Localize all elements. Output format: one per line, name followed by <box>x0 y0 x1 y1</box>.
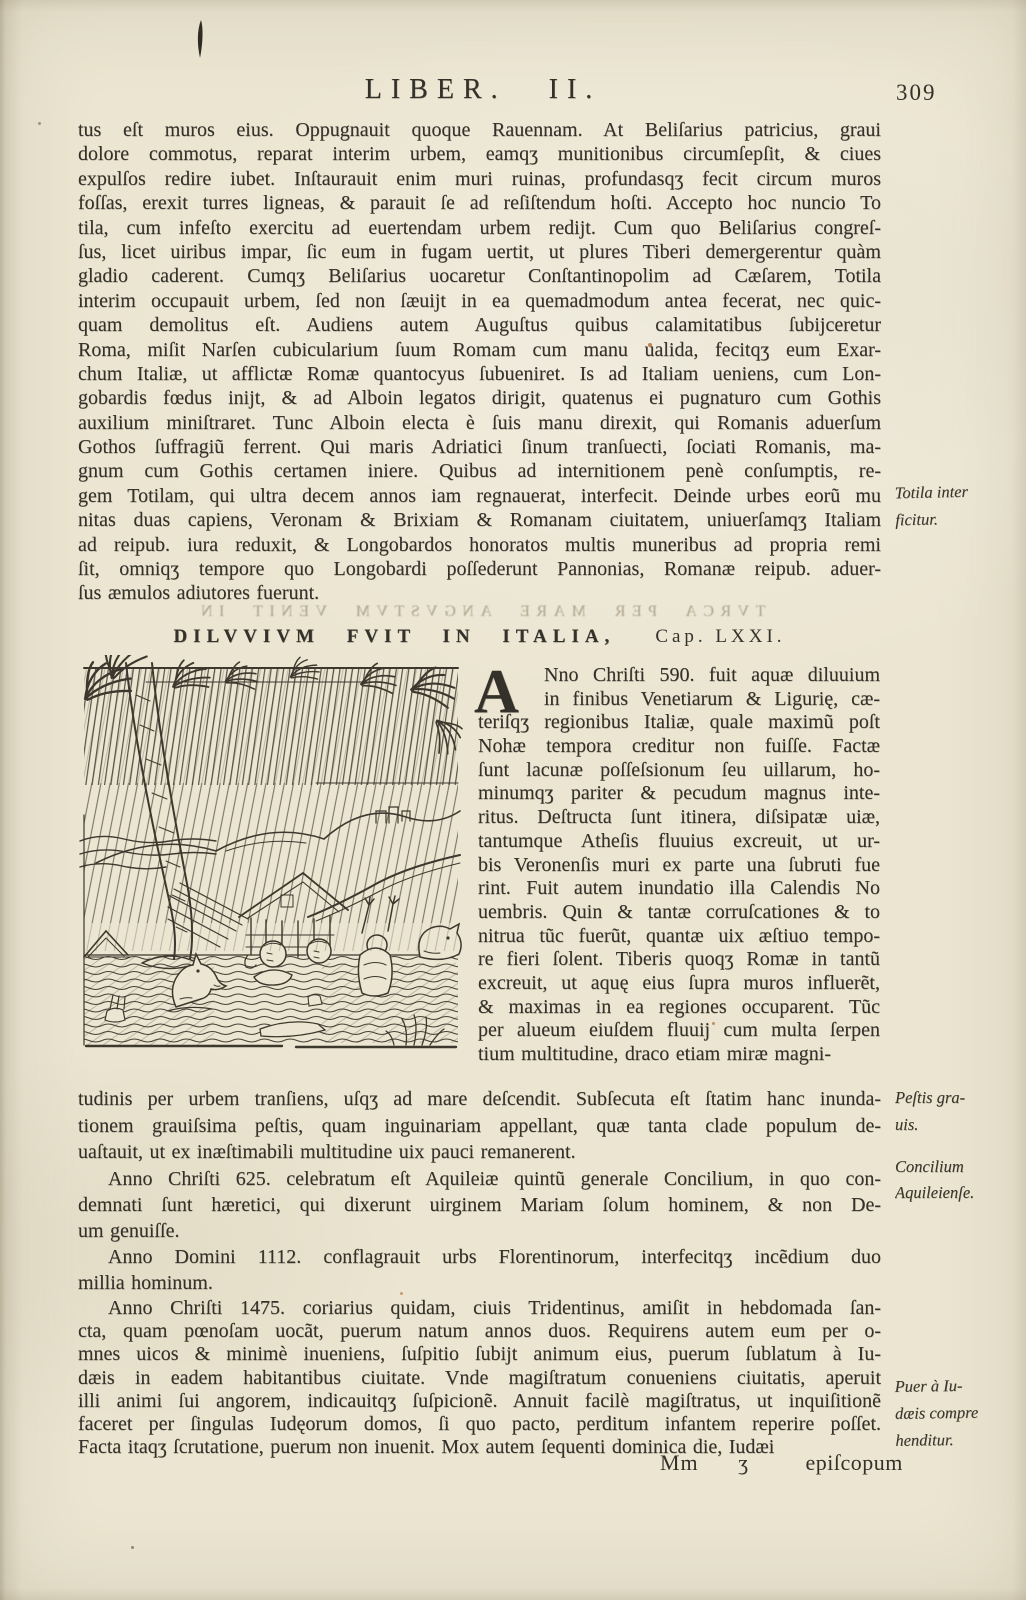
text-line: uaſtauit, ut ex inæſtimabili multitudine… <box>78 1139 881 1166</box>
text-line: Anno Domini 1112. conflagrauit urbs Flor… <box>78 1244 881 1270</box>
text-line: gladio caderent. Cumqʒ Beliſarius uocare… <box>78 264 881 288</box>
text-line: nitrua tũc fuerũt, quantæ uix æſtiuo tem… <box>478 925 880 949</box>
page-number: 309 <box>896 80 937 106</box>
text-line: ſit, omniqʒ tempore quo Longobardi poſſe… <box>78 557 881 581</box>
text-line: interim occupauit urbem, ſed non ſæuijt … <box>78 289 881 313</box>
chapter-heading: DILVVIVM FVIT IN ITALIA,Cap. LXXI. <box>78 626 881 648</box>
text-line: gem Totilam, qui ultra decem annos iam r… <box>78 484 881 508</box>
text-line: Anno Chriſti 625. celebratum eſt Aquilei… <box>78 1166 881 1192</box>
text-line: Puer à Iu- <box>894 1371 1022 1400</box>
text-line: millia hominum. <box>78 1270 881 1296</box>
text-line: bis Veronenſis muri ex parte una ſubruti… <box>478 854 880 878</box>
paragraph-anno-1112: Anno Domini 1112. conflagrauit urbs Flor… <box>78 1244 881 1296</box>
text-line: ſunt lacunæ poſſeſsionum ſeu uillarum, h… <box>478 759 880 783</box>
body-text-continuation: tus eſt muros eius. Oppugnauit quoque Ra… <box>78 118 881 606</box>
text-line: ritus. Deſtructa ſunt itinera, diſsipatæ… <box>478 806 880 830</box>
text-line: gobardis fœdus inijt, & ad Alboin legato… <box>78 386 881 410</box>
margin-note-puer: Puer à Iu-dæis comprehenditur. <box>894 1371 1023 1454</box>
text-line: rint. Fuit autem inundatio illa Calendis… <box>478 877 880 901</box>
ink-speck <box>400 1292 403 1295</box>
text-line: tus eſt muros eius. Oppugnauit quoque Ra… <box>78 118 881 142</box>
text-line: Nohæ tempora creditur non fuiſſe. Factæ <box>478 735 880 759</box>
text-line: foſſas, erexit turres ligneas, & parauit… <box>78 191 881 215</box>
text-line: in finibus Venetiarum & Ligurię, cæ- <box>478 688 880 712</box>
ink-speck <box>712 1022 715 1025</box>
text-line: cta, quam pœnoſam uocãt, puerum natum an… <box>78 1320 881 1343</box>
ink-speck <box>131 1546 134 1549</box>
chapter-fullwidth-text: tudinis per urbem tranſiens, uſqʒ ad mar… <box>78 1086 881 1166</box>
chapter-column-text: Nno Chriſti 590. fuit aquæ diluuiumin fi… <box>478 664 880 1067</box>
text-line: chum Italiæ, ut afflictæ Romæ quantocyus… <box>78 362 881 386</box>
text-line: ſus, licet uiribus impar, ſic eum in fug… <box>78 240 881 264</box>
paragraph-anno-1475: Anno Chriſti 1475. coriarius quidam, ciu… <box>78 1297 881 1459</box>
text-line: per alueum eiuſdem fluuij cum multa ſerp… <box>478 1019 880 1043</box>
gathering-number: ʒ <box>738 1450 748 1475</box>
text-line: Gothos ſuffragiũ ferrent. Qui maris Adri… <box>78 435 881 459</box>
showthrough-text: TVRCA PER MARE ANGVSTVM VENIT IN <box>130 603 830 621</box>
text-line: dæis compre <box>895 1398 1023 1427</box>
text-line: expulſos redire iubet. Inſtaurauit enim … <box>78 167 881 191</box>
text-line: uis. <box>895 1111 1023 1138</box>
text-line: dæis in eadem habitantibus ciuitate. Vnd… <box>78 1367 881 1390</box>
flood-woodcut-illustration <box>76 655 466 1051</box>
text-line: quam demolitus eſt. Audiens autem Auguſt… <box>78 313 881 337</box>
text-line: Aquileienſe. <box>895 1180 1023 1206</box>
catchword: epiſcopum <box>805 1450 902 1475</box>
running-title: LIBER. II. <box>0 74 966 106</box>
text-line: tila, cum infeſto exercitu ad euertendam… <box>78 216 881 240</box>
text-line: faceret per ſingulas Iudęorum domos, ſi … <box>78 1413 881 1436</box>
text-line: auxilium miniſtraret. Tunc Alboin electa… <box>78 411 881 435</box>
ink-mark <box>193 18 207 64</box>
chapter-title: DILVVIVM FVIT IN ITALIA, <box>173 626 615 647</box>
text-line: ad reipub. iura reduxit, & Longobardos h… <box>78 533 881 557</box>
text-line: mnes uicos & minimè inueniens, ſuſpitio … <box>78 1343 881 1366</box>
text-line: tium multitudine, draco etiam miræ magni… <box>478 1043 880 1067</box>
text-line: Roma, miſit Narſen cubicularium ſuum Rom… <box>78 338 881 362</box>
text-line: uembris. Quin & tantæ corruſcationes & t… <box>478 901 880 925</box>
text-line: illi animi ſui angorem, indicauitqʒ ſuſp… <box>78 1390 881 1413</box>
text-line: re fieri ſolent. Tiberis quoqʒ Romæ in t… <box>478 948 880 972</box>
text-line: ficitur. <box>895 504 1024 534</box>
text-line: Totila inter <box>894 477 1023 507</box>
text-line: Peſtis gra- <box>895 1084 1023 1111</box>
text-line: dolore commotus, reparat interim urbem, … <box>78 142 881 166</box>
text-line: teriſqʒ regionibus Italiæ, quale maximũ … <box>478 711 880 735</box>
text-line: tionem grauiſsima peſtis, quam inguinari… <box>78 1113 881 1140</box>
book-page: LIBER. II. 309 tus eſt muros eius. Oppug… <box>0 0 1026 1600</box>
signature-mark: Mm <box>660 1450 699 1475</box>
margin-note-concilium: ConciliumAquileienſe. <box>895 1154 1023 1206</box>
text-line: tantumque Atheſis fluuius excreuit, ut u… <box>478 830 880 854</box>
text-line: Nno Chriſti 590. fuit aquæ diluuium <box>478 664 880 688</box>
text-line: minumqʒ pariter & pecudum magnus inte- <box>478 782 880 806</box>
chapter-number: Cap. LXXI. <box>655 626 785 647</box>
margin-note-pestis: Peſtis gra-uis. <box>895 1084 1023 1138</box>
text-line: Anno Chriſti 1475. coriarius quidam, ciu… <box>78 1297 881 1320</box>
text-line: um genuiſſe. <box>78 1218 881 1244</box>
text-line: demnati ſunt hæretici, qui dixerunt uirg… <box>78 1192 881 1218</box>
text-line: excreuit, ut aquę eius ſupra muros influ… <box>478 972 880 996</box>
text-line: Concilium <box>895 1154 1023 1180</box>
paragraph-anno-625: Anno Chriſti 625. celebratum eſt Aquilei… <box>78 1166 881 1244</box>
margin-note-totila: Totila interficitur. <box>894 477 1023 534</box>
text-line: gnum cum Gothis certamen iniere. Quibus … <box>78 459 881 483</box>
ink-speck <box>38 122 41 125</box>
text-line: henditur. <box>895 1425 1023 1454</box>
signature-line: Mm ʒ epiſcopum <box>660 1450 903 1476</box>
ink-speck <box>648 343 652 347</box>
text-line: tudinis per urbem tranſiens, uſqʒ ad mar… <box>78 1086 881 1113</box>
text-line: nitas duas capiens, Veronam & Brixiam & … <box>78 508 881 532</box>
text-line: & maximas in ea regiones occuparent. Tũc <box>478 996 880 1020</box>
